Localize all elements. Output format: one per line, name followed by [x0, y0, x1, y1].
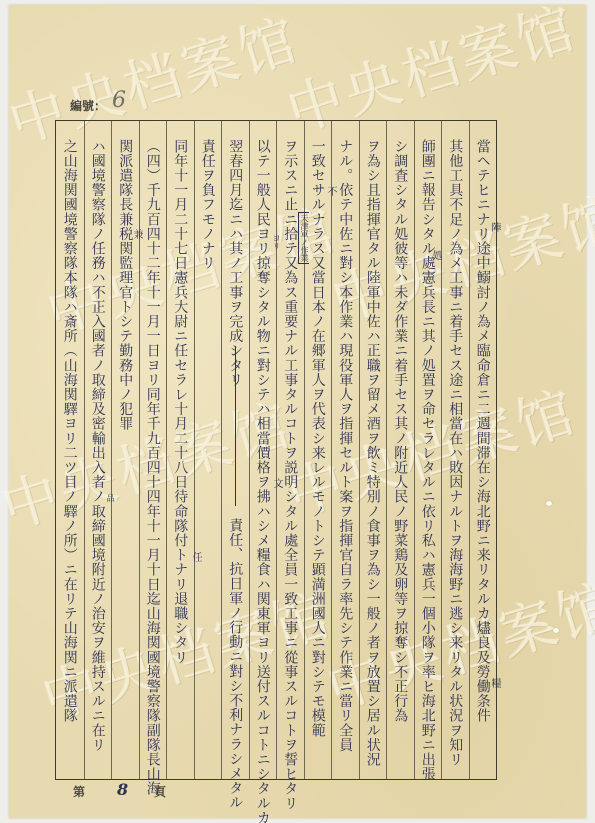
column-text: ヲ為シ且指揮官タル陸軍中佐ハ正職ヲ留メ酒ヲ飲ミ特別ノ食事ヲ為シ一般ノ者ヲ放置シ居…: [366, 139, 380, 767]
column-text: 一致セサルナラス又當日本ノ在郷軍人ヲ代表シ来レルモノトシテ顕満洲國人ニ對シテモ模…: [311, 139, 325, 738]
text-column: 翌春四月迄ニハ其ノ工事ヲ完成シタリ 責任、抗日軍ノ行動ニ對シ不利ナラシメタル: [221, 121, 249, 779]
separator-line: [235, 346, 236, 506]
column-text: 其他工具不足ノ為メ工事ニ着手セス途ニ相當在ハ敗因ナルトヲ海海野ニ逃シ来リタル状況…: [448, 139, 462, 767]
text-column: 師團ニ報告シタル處憲兵長ニ其ノ処置ヲ命セラレタルニ依リ私ハ憲兵一個小隊ヲ率ヒ海北…: [414, 121, 442, 779]
binding-hole: [553, 628, 559, 633]
text-column: ハ國境警察隊ノ任務ハ不正入國者ノ取締及密輸出入者ノ取締國境附近ノ治安ヲ維持スルニ…: [84, 121, 112, 779]
column-text: 師團ニ報告シタル處憲兵長ニ其ノ処置ヲ命セラレタルニ依リ私ハ憲兵一個小隊ヲ率ヒ海北…: [421, 139, 435, 781]
margin-annotation: 任: [190, 552, 200, 562]
page-number: 8: [117, 780, 128, 799]
column-text: 同年十一月二十七日憲兵大尉ニ任セラレ十月二十八日待命隊付トナリ退職シタリ: [173, 139, 187, 665]
column-text: 當ヘテヒニナリ途中鰯討ノ為メ臨命倉ニ二週間滞在シ海北野ニ来リタルカ燼良及勞働条件: [476, 139, 490, 723]
margin-annotation: 品: [106, 494, 114, 502]
text-column: 以テ一般人民ヨリ掠奪シタル物ニ對シテハ相當價格ヲ拂ハシメ糧食ハ関東軍ヨリ送付スル…: [249, 121, 277, 779]
margin-annotation: 兼: [131, 229, 141, 239]
column-text: ハ國境警察隊ノ任務ハ不正入國者ノ取締及密輸出入者ノ取締國境附近ノ治安ヲ維持スルニ…: [91, 139, 105, 752]
column-text: 以テ一般人民ヨリ掠奪シタル物ニ對シテハ相當價格ヲ拂ハシメ糧食ハ関東軍ヨリ送付スル…: [256, 139, 270, 823]
binding-hole: [546, 501, 552, 506]
ruled-text-grid: 當ヘテヒニナリ途中鰯討ノ為メ臨命倉ニ二週間滞在シ海北野ニ来リタルカ燼良及勞働条件…: [55, 120, 497, 780]
column-text: 関派遣隊長兼税関監理官トシテ勤務中ノ犯罪: [118, 139, 132, 431]
column-text: （四）千九百四十二年十一月一日ヨリ同年千九百四十四年十一月十日迄山海関國境警察隊…: [146, 139, 160, 796]
text-column: 其他工具不足ノ為メ工事ニ着手セス途ニ相當在ハ敗因ナルトヲ海海野ニ逃シ来リタル状況…: [441, 121, 469, 779]
margin-annotation: 処: [430, 250, 440, 260]
serial-number-value: 6: [112, 88, 126, 113]
column-text: 責任ヲ負フモノナリ: [201, 139, 215, 270]
margin-annotation: ヨリ: [272, 234, 280, 250]
margin-annotation: 不: [325, 186, 335, 196]
column-text: ナル。依テ中佐ニ對シ本作業ハ現役軍人ヲ指揮セルト案ヲ指揮官自ラ率先シテ作業ニ當リ…: [338, 139, 352, 752]
text-column: ヲ為シ且指揮官タル陸軍中佐ハ正職ヲ留メ酒ヲ飲ミ特別ノ食事ヲ為シ一般ノ者ヲ放置シ居…: [359, 121, 387, 779]
serial-number-label: 編號：: [70, 97, 106, 114]
text-column: 責任ヲ負フモノナリ: [194, 121, 222, 779]
margin-annotation: 糧: [489, 678, 499, 688]
text-column: 関派遣隊長兼税関監理官トシテ勤務中ノ犯罪: [111, 121, 139, 779]
text-column: ナル。依テ中佐ニ對シ本作業ハ現役軍人ヲ指揮セルト案ヲ指揮官自ラ率先シテ作業ニ當リ…: [331, 121, 359, 779]
margin-annotation: 天津軍ノ作業: [298, 212, 309, 264]
page-suffix: 頁: [154, 783, 166, 800]
text-column: シ調査シタル処彼等ハ未ダ作業ニ着手セス其ノ附近人民ノ野菜鶏及卵等ヲ掠奪シ不正行為: [386, 121, 414, 779]
text-column: 之山海関國境警察隊本隊ハ斎所（山海関驛ヨリ二ツ目ノ驛ノ所）ニ在リテ山海関ニ派遣隊: [56, 121, 84, 779]
column-text: 責任、抗日軍ノ行動ニ對シ不利ナラシメタル: [228, 518, 242, 810]
margin-annotation: 文: [271, 478, 281, 488]
column-text: ヲ示スニ止ニ拾テ又為ス重要ナル工事タルコトヲ説明シタル處全員一致工事ニ從事スルコ…: [283, 139, 297, 811]
column-text: シ調査シタル処彼等ハ未ダ作業ニ着手セス其ノ附近人民ノ野菜鶏及卵等ヲ掠奪シ不正行為: [393, 139, 407, 723]
page-prefix: 第: [73, 783, 85, 800]
text-column: 同年十一月二十七日憲兵大尉ニ任セラレ十月二十八日待命隊付トナリ退職シタリ: [166, 121, 194, 779]
margin-annotation: 陣: [489, 222, 499, 232]
text-column: （四）千九百四十二年十一月一日ヨリ同年千九百四十四年十一月十日迄山海関國境警察隊…: [139, 121, 167, 779]
column-text: 之山海関國境警察隊本隊ハ斎所（山海関驛ヨリ二ツ目ノ驛ノ所）ニ在リテ山海関ニ派遣隊: [63, 139, 77, 723]
